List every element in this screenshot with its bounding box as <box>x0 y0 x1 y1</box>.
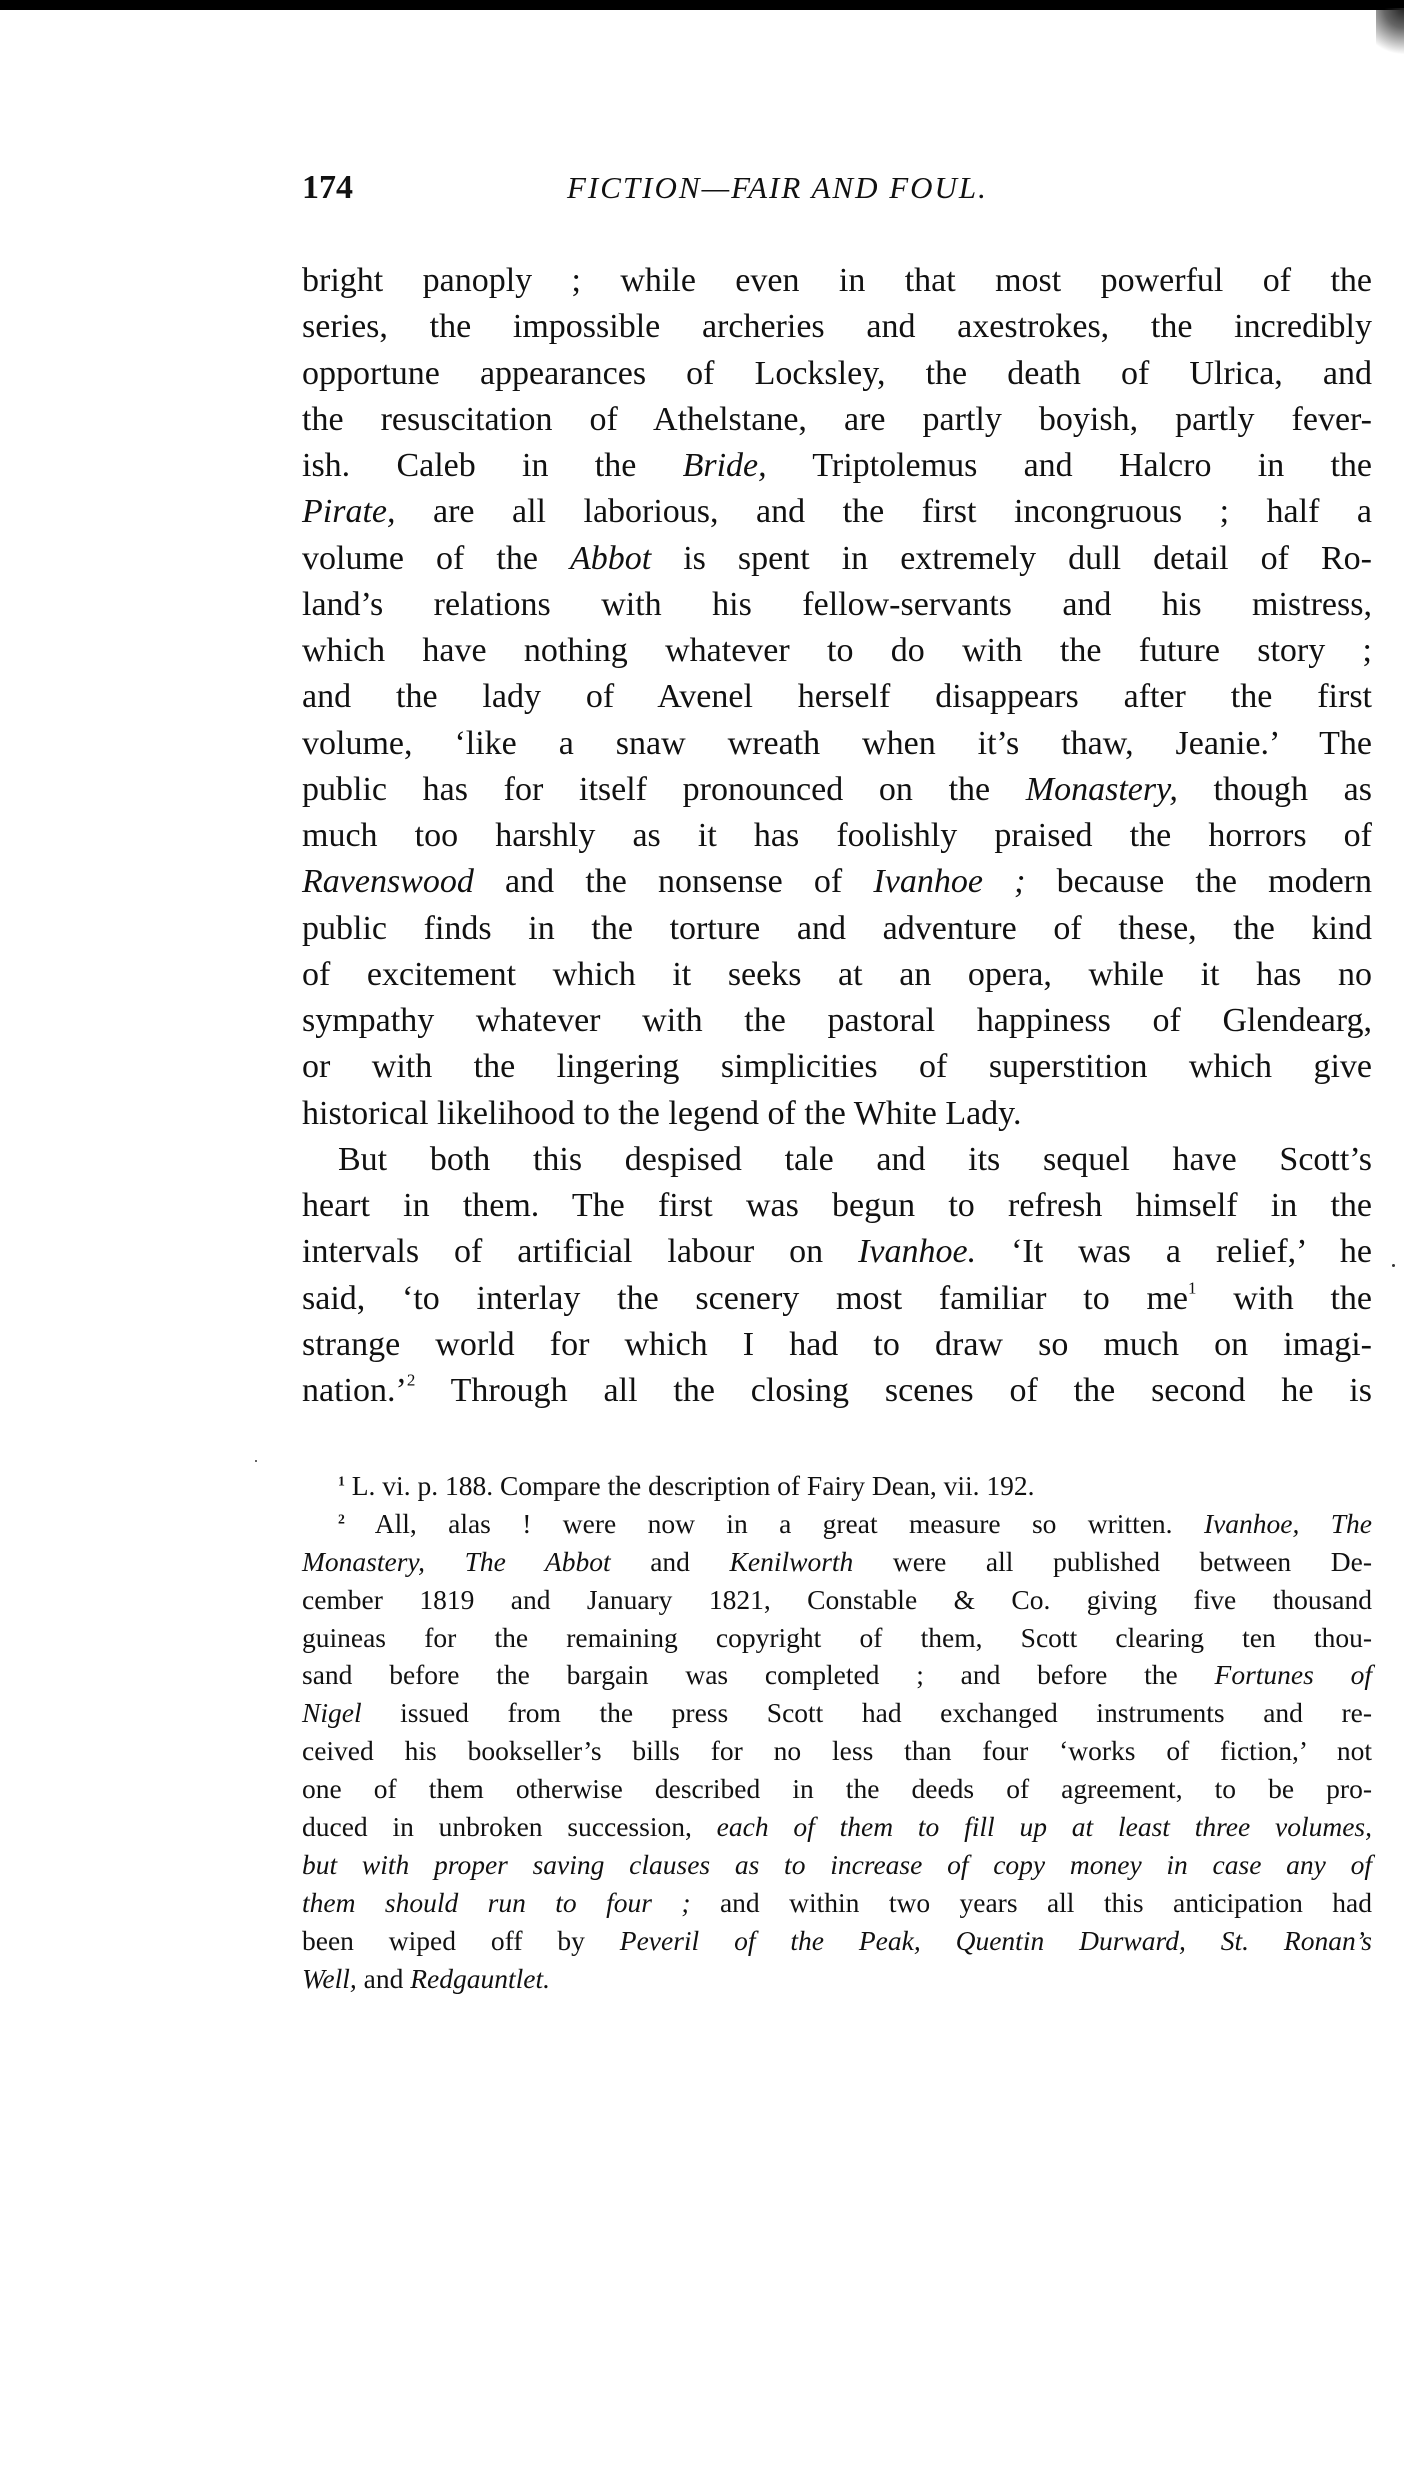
text-run: is spent in extremely dull detail of Ro- <box>651 540 1372 577</box>
footnotes-line: one of them otherwise described in the d… <box>302 1770 1372 1808</box>
text-run: public finds in the torture and adventur… <box>302 910 1372 947</box>
page-number: 174 <box>302 168 353 208</box>
body-line: historical likelihood to the legend of t… <box>302 1091 1372 1137</box>
text-run: series, the impossible archeries and axe… <box>302 308 1372 345</box>
text-run: ‘It was a relief,’ he <box>976 1233 1372 1270</box>
footnotes-line: been wiped off by Peveril of the Peak, Q… <box>302 1922 1372 1960</box>
italic-title: Monastery, <box>1026 771 1178 808</box>
italic-title: Nigel <box>302 1697 362 1728</box>
text-run: issued from the press Scott had exchange… <box>362 1697 1372 1728</box>
body-text: bright panoply ; while even in that most… <box>302 258 1372 1414</box>
body-line: or with the lingering simplicities of su… <box>302 1044 1372 1090</box>
italic-title: Abbot <box>570 540 651 577</box>
scan-top-border <box>0 0 1404 10</box>
footnotes-line: but with proper saving clauses as to inc… <box>302 1846 1372 1884</box>
body-line: said, ‘to interlay the scenery most fami… <box>302 1276 1372 1322</box>
body-line: volume, ‘like a snaw wreath when it’s th… <box>302 721 1372 767</box>
body-line: Ravenswood and the nonsense of Ivanhoe ;… <box>302 859 1372 905</box>
text-run: cember 1819 and January 1821, Constable … <box>302 1584 1372 1615</box>
text-run: All, alas ! were now in a great measure … <box>345 1508 1204 1539</box>
text-run: though as <box>1178 771 1372 808</box>
text-run: duced in unbroken succession, <box>302 1811 717 1842</box>
scan-speck <box>1392 1264 1395 1267</box>
body-line: public finds in the torture and adventur… <box>302 906 1372 952</box>
text-run: and <box>357 1963 410 1994</box>
body-line: strange world for which I had to draw so… <box>302 1322 1372 1368</box>
italic-title: Ravenswood <box>302 863 474 900</box>
footnote-marker: 1 <box>1188 1278 1197 1297</box>
body-line: intervals of artificial labour on Ivanho… <box>302 1229 1372 1275</box>
text-run: were all published between De- <box>853 1546 1372 1577</box>
text-run: bright panoply ; while even in that most… <box>302 262 1372 299</box>
body-line: of excitement which it seeks at an opera… <box>302 952 1372 998</box>
text-run: historical likelihood to the legend of t… <box>302 1095 1021 1132</box>
text-run: Triptolemus and Halcro in the <box>767 447 1372 484</box>
italic-title: but with proper saving clauses as to inc… <box>302 1849 1372 1880</box>
text-run: and the nonsense of <box>474 863 874 900</box>
text-run: because the modern <box>1025 863 1372 900</box>
italic-title: Peveril of the Peak, Quentin Durward, St… <box>620 1925 1372 1956</box>
text-run: volume of the <box>302 540 570 577</box>
italic-title: Pirate, <box>302 493 395 530</box>
italic-title: Ivanhoe, The <box>1204 1508 1372 1539</box>
text-run: and <box>611 1546 730 1577</box>
italic-title: Ivanhoe. <box>858 1233 976 1270</box>
text-run: with the <box>1197 1280 1373 1317</box>
footnotes-line: guineas for the remaining copyright of t… <box>302 1619 1372 1657</box>
text-run: or with the lingering simplicities of su… <box>302 1048 1372 1085</box>
body-line: But both this despised tale and its sequ… <box>302 1137 1372 1183</box>
italic-title: Ivanhoe ; <box>873 863 1025 900</box>
text-run: opportune appearances of Locksley, the d… <box>302 355 1372 392</box>
body-line: Pirate, are all laborious, and the first… <box>302 489 1372 535</box>
text-run: guineas for the remaining copyright of t… <box>302 1622 1372 1653</box>
body-line: ish. Caleb in the Bride, Triptolemus and… <box>302 443 1372 489</box>
text-run: are all laborious, and the first incongr… <box>395 493 1372 530</box>
text-run: nation.’ <box>302 1372 407 1409</box>
body-line: and the lady of Avenel herself disappear… <box>302 674 1372 720</box>
body-line: nation.’2 Through all the closing scenes… <box>302 1368 1372 1414</box>
body-line: which have nothing whatever to do with t… <box>302 628 1372 674</box>
text-run: But both this despised tale and its sequ… <box>338 1141 1372 1178</box>
body-line: volume of the Abbot is spent in extremel… <box>302 536 1372 582</box>
body-line: land’s relations with his fellow-servant… <box>302 582 1372 628</box>
text-run: intervals of artificial labour on <box>302 1233 858 1270</box>
footnotes-line: them should run to four ; and within two… <box>302 1884 1372 1922</box>
italic-title: Bride, <box>683 447 767 484</box>
body-line: series, the impossible archeries and axe… <box>302 304 1372 350</box>
footnotes-line: 2 All, alas ! were now in a great measur… <box>302 1505 1372 1543</box>
footnote-marker: 1 <box>338 1473 345 1488</box>
italic-title: Fortunes of <box>1215 1659 1372 1690</box>
text-run: one of them otherwise described in the d… <box>302 1773 1372 1804</box>
footnotes-line: sand before the bargain was completed ; … <box>302 1656 1372 1694</box>
body-line: sympathy whatever with the pastoral happ… <box>302 998 1372 1044</box>
text-run: public has for itself pronounced on the <box>302 771 1026 808</box>
italic-title: Kenilworth <box>730 1546 854 1577</box>
text-run: strange world for which I had to draw so… <box>302 1326 1372 1363</box>
footnotes-line: duced in unbroken succession, each of th… <box>302 1808 1372 1846</box>
italic-title: Monastery, The Abbot <box>302 1546 611 1577</box>
text-run: Through all the closing scenes of the se… <box>415 1372 1372 1409</box>
text-run: sympathy whatever with the pastoral happ… <box>302 1002 1372 1039</box>
text-run: of excitement which it seeks at an opera… <box>302 956 1372 993</box>
footnotes: 1 L. vi. p. 188. Compare the description… <box>302 1467 1372 1997</box>
text-run: L. vi. p. 188. Compare the description o… <box>345 1470 1035 1501</box>
body-line: public has for itself pronounced on the … <box>302 767 1372 813</box>
body-line: heart in them. The first was begun to re… <box>302 1183 1372 1229</box>
body-line: much too harshly as it has foolishly pra… <box>302 813 1372 859</box>
text-run: and within two years all this anticipati… <box>691 1887 1372 1918</box>
scan-corner-noise <box>1376 8 1404 68</box>
footnotes-line: 1 L. vi. p. 188. Compare the description… <box>302 1467 1372 1505</box>
text-run: which have nothing whatever to do with t… <box>302 632 1372 669</box>
text-run: ceived his bookseller’s bills for no les… <box>302 1735 1372 1766</box>
italic-title: them should run to four ; <box>302 1887 691 1918</box>
text-run: and the lady of Avenel herself disappear… <box>302 678 1372 715</box>
text-run: said, ‘to interlay the scenery most fami… <box>302 1280 1188 1317</box>
footnote-marker: 2 <box>338 1511 345 1526</box>
footnotes-line: Monastery, The Abbot and Kenilworth were… <box>302 1543 1372 1581</box>
body-line: opportune appearances of Locksley, the d… <box>302 351 1372 397</box>
text-run: land’s relations with his fellow-servant… <box>302 586 1372 623</box>
text-run: sand before the bargain was completed ; … <box>302 1659 1215 1690</box>
text-run: ish. Caleb in the <box>302 447 683 484</box>
text-run: been wiped off by <box>302 1925 620 1956</box>
italic-title: Redgauntlet. <box>410 1963 550 1994</box>
text-run: heart in them. The first was begun to re… <box>302 1187 1372 1224</box>
italic-title: Well, <box>302 1963 357 1994</box>
italic-title: each of them to fill up at least three v… <box>717 1811 1372 1842</box>
footnotes-line: Well, and Redgauntlet. <box>302 1960 1372 1998</box>
text-run: much too harshly as it has foolishly pra… <box>302 817 1372 854</box>
body-line: the resuscitation of Athelstane, are par… <box>302 397 1372 443</box>
text-run: the resuscitation of Athelstane, are par… <box>302 401 1372 438</box>
body-line: bright panoply ; while even in that most… <box>302 258 1372 304</box>
footnotes-line: Nigel issued from the press Scott had ex… <box>302 1694 1372 1732</box>
footnotes-line: cember 1819 and January 1821, Constable … <box>302 1581 1372 1619</box>
text-run: volume, ‘like a snaw wreath when it’s th… <box>302 725 1372 762</box>
scan-speck <box>255 1460 257 1462</box>
running-title: FICTION—FAIR AND FOUL. <box>567 168 1042 208</box>
footnotes-line: ceived his bookseller’s bills for no les… <box>302 1732 1372 1770</box>
